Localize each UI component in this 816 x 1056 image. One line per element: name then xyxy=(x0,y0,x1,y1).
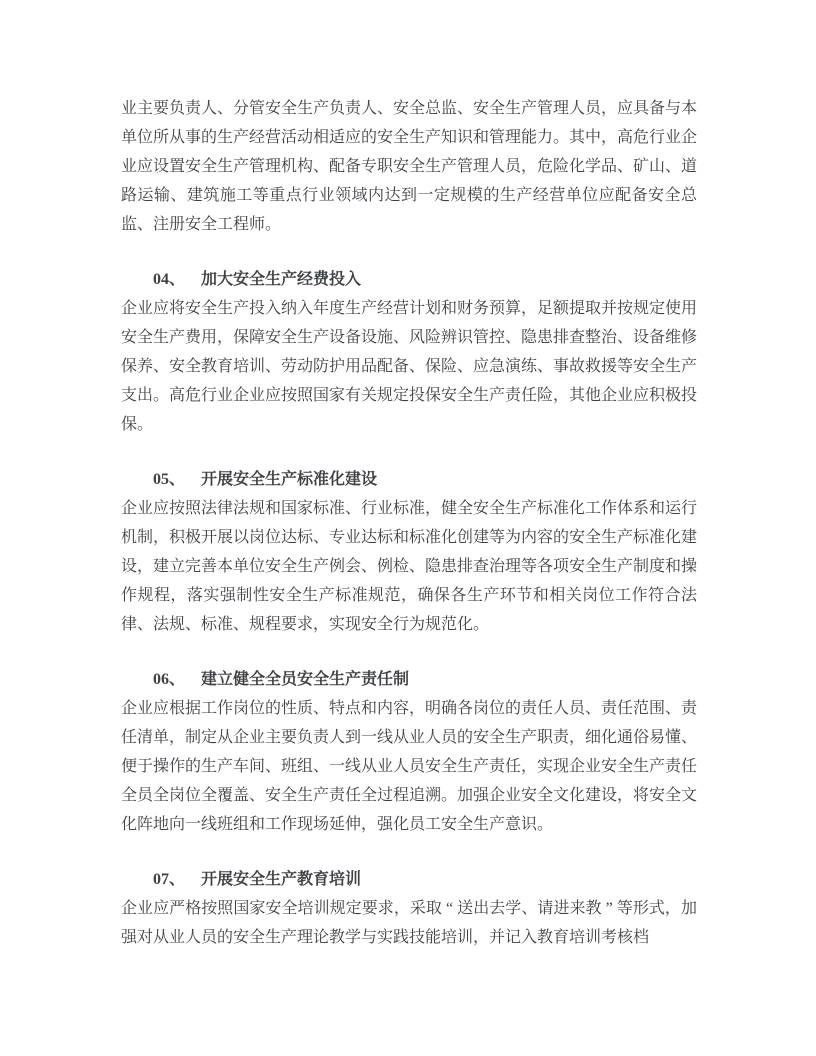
section-number: 06、 xyxy=(153,671,185,688)
section-heading-06: 06、建立健全全员安全生产责任制 xyxy=(121,665,697,694)
section-heading-05: 05、开展安全生产标准化建设 xyxy=(121,465,697,494)
section-title: 开展安全生产标准化建设 xyxy=(201,471,377,488)
section-body-07: 企业应严格按照国家安全培训规定要求，采取 “ 送出去学、请进来教 ” 等形式，加… xyxy=(121,894,697,952)
document-page: 业主要负责人、分管安全生产负责人、安全总监、安全生产管理人员，应具备与本单位所从… xyxy=(0,0,816,1056)
section-heading-07: 07、开展安全生产教育培训 xyxy=(121,865,697,894)
section-number: 07、 xyxy=(153,871,185,888)
section-heading-04: 04、加大安全生产经费投入 xyxy=(121,265,697,294)
section-body-06: 企业应根据工作岗位的性质、特点和内容，明确各岗位的责任人员、责任范围、责任清单，… xyxy=(121,694,697,839)
section-body-05: 企业应按照法律法规和国家标准、行业标准，健全安全生产标准化工作体系和运行机制，积… xyxy=(121,494,697,639)
section-title: 建立健全全员安全生产责任制 xyxy=(201,671,409,688)
intro-paragraph: 业主要负责人、分管安全生产负责人、安全总监、安全生产管理人员，应具备与本单位所从… xyxy=(121,94,697,239)
section-number: 04、 xyxy=(153,271,185,288)
section-number: 05、 xyxy=(153,471,185,488)
section-title: 加大安全生产经费投入 xyxy=(201,271,361,288)
section-title: 开展安全生产教育培训 xyxy=(201,871,361,888)
section-body-04: 企业应将安全生产投入纳入年度生产经营计划和财务预算，足额提取并按规定使用安全生产… xyxy=(121,294,697,439)
